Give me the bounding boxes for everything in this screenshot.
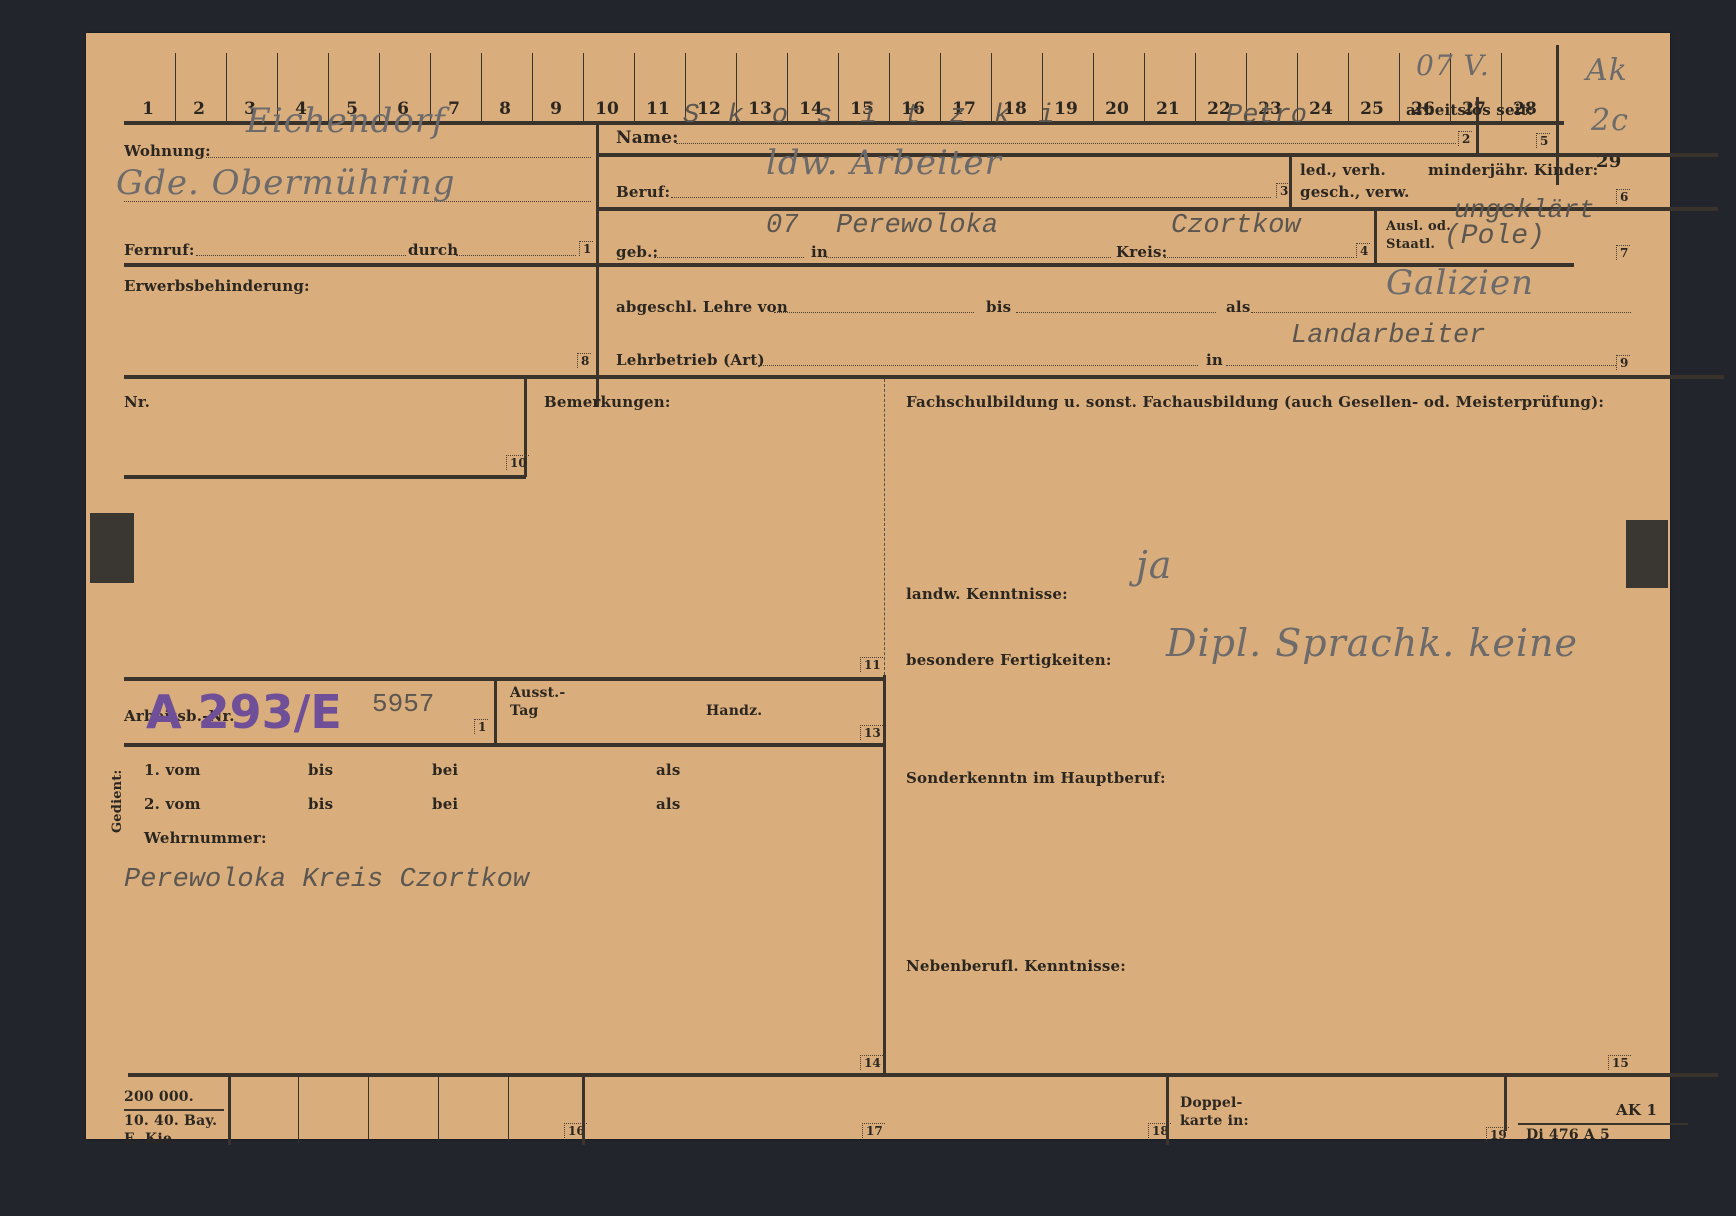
lehrbetrieb-in-label: in <box>1206 351 1223 369</box>
arbeitsbuch-number: 5957 <box>372 689 434 719</box>
geb-in-label: in <box>811 243 828 261</box>
middle-dashed-divider <box>884 379 885 675</box>
lehre-bis-label: bis <box>986 298 1011 316</box>
footer-col-divider-2 <box>582 1075 585 1145</box>
arbeitslos-label: arbeitslos seit: <box>1406 101 1533 119</box>
geb-date: 07 <box>766 211 798 241</box>
kreis-label: Kreis: <box>1116 243 1167 261</box>
field-number-6: 6 <box>1616 189 1630 204</box>
gedient-row1-vom: 1. vom <box>144 761 201 779</box>
nr-rule <box>124 475 526 479</box>
ausst-label: Ausst.- <box>510 685 565 701</box>
field-number-4: 4 <box>1356 243 1370 258</box>
footer-col-line-1 <box>298 1075 299 1143</box>
nr-label: Nr. <box>124 393 150 411</box>
number-row-separator <box>634 53 635 121</box>
kinder-label: minderjähr. Kinder: <box>1428 161 1598 179</box>
first-name-value: Petro <box>1226 101 1307 131</box>
gedient-row2-bei: bei <box>432 795 458 813</box>
field-number-11: 11 <box>860 657 883 672</box>
geb-divider <box>1374 209 1377 263</box>
footer-col-divider-3 <box>1166 1075 1169 1145</box>
number-row-separator <box>1144 53 1145 121</box>
hand-note-ak: Ak <box>1586 53 1628 88</box>
landw-label: landw. Kenntnisse: <box>906 585 1068 603</box>
beruf-label: Beruf: <box>616 183 670 201</box>
wohnung-label: Wohnung: <box>124 142 211 160</box>
field-number-1: 1 <box>124 99 172 119</box>
field-number-14: 14 <box>860 1055 883 1070</box>
field-number-1b: 1 <box>474 719 488 734</box>
number-row-separator <box>583 53 584 121</box>
field-number-13: 13 <box>860 725 883 740</box>
field-number-8: 8 <box>577 353 591 368</box>
lehrbetrieb-line <box>758 365 1198 366</box>
gedient-row1-bis: bis <box>308 761 333 779</box>
gedient-row1-bei: bei <box>432 761 458 779</box>
number-row-separator <box>1348 53 1349 121</box>
kreis-value: Czortkow <box>1171 211 1301 241</box>
tag-label: Tag <box>510 703 539 719</box>
doppelkarte-line1: Doppel- <box>1180 1095 1243 1111</box>
field-number-17: 17 <box>862 1123 885 1138</box>
field-number-8: 8 <box>481 99 529 119</box>
geb-label: geb.: <box>616 243 658 261</box>
nebenberuf-label: Nebenberufl. Kenntnisse: <box>906 957 1126 975</box>
lehre-von-line <box>774 312 974 313</box>
familienstand-line1: led., verh. <box>1300 161 1386 179</box>
wehrnummer-typed: Perewoloka Kreis Czortkow <box>124 865 529 895</box>
print-rule <box>124 1109 224 1111</box>
erwerbsbehinderung-label: Erwerbsbehinderung: <box>124 277 310 295</box>
bemerkungen-label: Bemerkungen: <box>544 393 671 411</box>
gedient-row2-als: als <box>656 795 680 813</box>
gedient-row2-vom: 2. vom <box>144 795 201 813</box>
footer-col-line-2 <box>368 1075 369 1139</box>
region-hand-note: Galizien <box>1386 263 1534 303</box>
wohnung-value-line1: Eichendorf <box>246 101 446 141</box>
field-number-2: 2 <box>175 99 223 119</box>
arbeitsbuch-divider <box>494 679 497 745</box>
hand-note-top: 07 V. <box>1416 49 1490 82</box>
arbeitsbuch-top-rule <box>124 677 886 681</box>
left-index-tab <box>90 513 134 583</box>
field-number-5: 5 <box>1536 133 1550 148</box>
lehre-label: abgeschl. Lehre von <box>616 298 788 316</box>
name-label: Name: <box>616 128 679 148</box>
form-code: AK 1 <box>1616 1101 1657 1119</box>
footer-col-line-3 <box>438 1075 439 1141</box>
form-code-rule <box>1518 1123 1688 1125</box>
lehrbetrieb-in-line <box>1226 365 1616 366</box>
field-number-25: 25 <box>1348 99 1396 119</box>
field-number-1: 1 <box>579 241 593 256</box>
fertigkeiten-label: besondere Fertigkeiten: <box>906 651 1112 669</box>
fachschul-label: Fachschulbildung u. sonst. Fachausbildun… <box>906 393 1604 411</box>
footer-col-divider-1 <box>228 1075 231 1145</box>
gedient-row2-bis: bis <box>308 795 333 813</box>
rule-row-1 <box>124 263 1574 267</box>
field-number-9: 9 <box>1616 355 1630 370</box>
middle-divider <box>883 675 886 1075</box>
geb-place-line <box>826 257 1111 258</box>
sonderkennt-label: Sonderkenntn im Hauptberuf: <box>906 769 1166 787</box>
wehrnummer-label: Wehrnummer: <box>144 829 267 847</box>
field-number-9: 9 <box>532 99 580 119</box>
print-line2: 10. 40. Bay. <box>124 1113 217 1129</box>
labor-registration-card: 1234567891011121314151617181920212223242… <box>86 33 1670 1139</box>
right-index-tab <box>1626 520 1668 588</box>
geb-place: Perewoloka <box>836 211 998 241</box>
field-number-11: 11 <box>634 99 682 119</box>
rule-section-top <box>124 375 1724 379</box>
number-row-separator <box>1399 53 1400 121</box>
hand-note-2c: 2c <box>1591 103 1629 138</box>
number-row-separator <box>175 53 176 121</box>
field-number-10: 10 <box>506 455 529 470</box>
wohnung-line-1 <box>206 157 591 158</box>
fernruf-line <box>196 255 406 256</box>
lehrbetrieb-value: Landarbeiter <box>1291 321 1485 351</box>
print-line3: E. Kie. <box>124 1131 177 1147</box>
lehre-als-label: als <box>1226 298 1250 316</box>
geb-date-line <box>654 257 804 258</box>
footer-col-line-4 <box>508 1075 509 1141</box>
field-number-20: 20 <box>1093 99 1141 119</box>
doppelkarte-line2: karte in: <box>1180 1113 1249 1129</box>
fernruf-label: Fernruf: <box>124 241 195 259</box>
staat-label-2: Staatl. <box>1386 237 1435 252</box>
field-number-21: 21 <box>1144 99 1192 119</box>
print-run: 200 000. <box>124 1089 194 1105</box>
field-number-7: 7 <box>1616 245 1630 260</box>
beruf-line <box>671 197 1271 198</box>
kreis-line <box>1164 257 1354 258</box>
number-row-separator <box>532 53 533 121</box>
staat-value-2: (Pole) <box>1444 221 1545 252</box>
arbeitsbuch-stamp: A 293/E <box>146 685 342 739</box>
footer-top-rule <box>128 1073 1718 1077</box>
beruf-value: ldw. Arbeiter <box>766 143 1002 183</box>
beruf-divider <box>1289 155 1292 207</box>
surname-value: S k o s i t z k i <box>683 101 1060 131</box>
landw-value: ja <box>1136 543 1172 587</box>
field-number-2: 2 <box>1458 131 1472 146</box>
footer-col-divider-4 <box>1504 1075 1507 1131</box>
durch-label: durch <box>408 241 458 259</box>
number-row-separator <box>1195 53 1196 121</box>
staat-label-1: Ausl. od. <box>1386 219 1451 234</box>
lehrbetrieb-label: Lehrbetrieb (Art) <box>616 351 765 369</box>
lehre-bis-line <box>1016 312 1216 313</box>
form-sub: Di 476 A 5 <box>1526 1127 1610 1143</box>
fertigkeiten-value: Dipl. Sprachk. keine <box>1166 621 1578 665</box>
durch-line <box>456 255 576 256</box>
wohnung-value-line2: Gde. Obermühring <box>116 163 456 203</box>
familienstand-line2: gesch., verw. <box>1300 183 1410 201</box>
field-number-15: 15 <box>1608 1055 1631 1070</box>
arbeitsbuch-bottom-rule <box>124 743 886 747</box>
number-row-separator <box>1093 53 1094 121</box>
number-row-separator <box>226 53 227 121</box>
handz-label: Handz. <box>706 703 762 719</box>
number-row-separator <box>481 53 482 121</box>
lehre-als-line <box>1251 312 1631 313</box>
field-number-10: 10 <box>583 99 631 119</box>
gedient-side-label: Gedient: <box>110 769 125 833</box>
gedient-row1-als: als <box>656 761 680 779</box>
